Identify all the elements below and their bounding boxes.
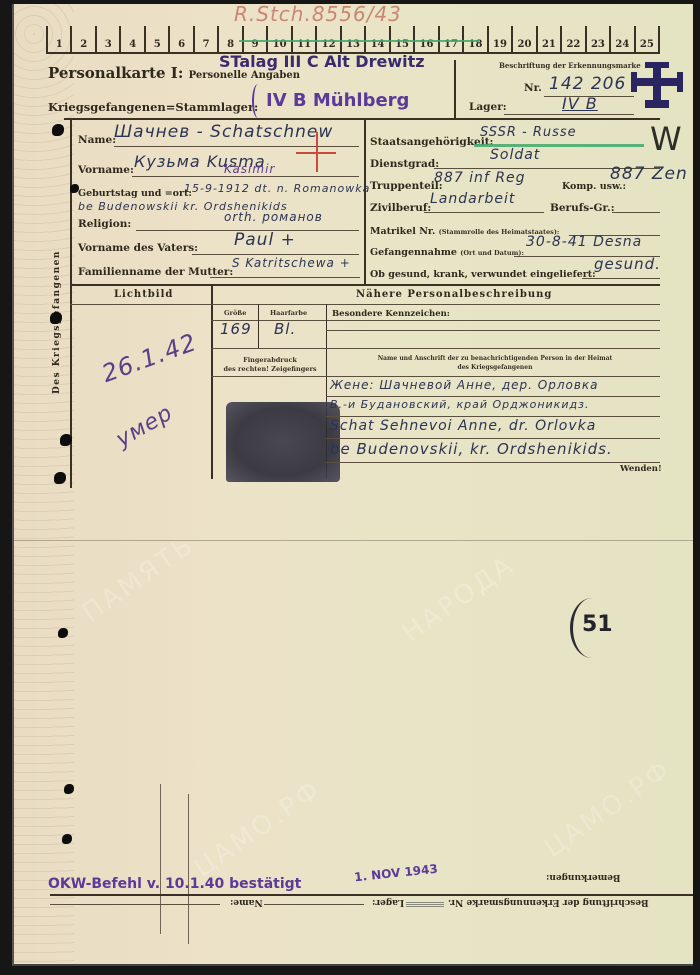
ruler-cell: 16 [413, 26, 437, 52]
geburt-value-1: 15-9-1912 dt. n. Romanowka [184, 182, 370, 195]
left-border [70, 118, 72, 488]
stamp-bracket [252, 84, 264, 118]
ruler-cell: 19 [487, 26, 511, 52]
ruler-cell: 18 [462, 26, 486, 52]
groesse-value: 169 [220, 320, 252, 338]
vorname-rule [132, 176, 359, 177]
ruler-cell: 5 [144, 26, 168, 52]
dienstgrad-label: Dienstgrad: [370, 158, 439, 170]
nr-label: Nr. [524, 82, 542, 94]
okw-stamp: OKW-Befehl v. 10.1.40 bestätigt [48, 876, 301, 892]
bottom-name-label: Name: [230, 897, 263, 907]
punch-hole [62, 834, 72, 844]
staatsangehoerigkeit-value: SSSR - Russe [480, 125, 577, 140]
fingerabdruck-line-2: des rechten! Zeigefingers [214, 365, 326, 374]
center-divider [364, 118, 366, 284]
matrikel-text: Matrikel Nr. [370, 226, 435, 237]
name-label: Name: [78, 134, 116, 146]
contact-rule [326, 438, 660, 439]
watermark: НАРОДА [397, 550, 520, 649]
pencil-stroke [188, 794, 189, 944]
bottom-name-text: Name: [230, 897, 263, 907]
naehere-label: Nähere Personalbeschreibung [356, 289, 552, 300]
ruler-cell: 7 [193, 26, 217, 52]
contact-rule [326, 396, 660, 397]
bottom-erkennung-label: Beschriftung der Erkennungsmarke Nr. [448, 897, 649, 907]
lichtbild-label: Lichtbild [114, 289, 173, 300]
date-stamp: 1. NOV 1943 [353, 862, 438, 885]
bottom-lager-label: Lager: [372, 897, 404, 907]
gesundheit-label: Ob gesund, krank, verwundet eingeliefert… [370, 269, 596, 280]
lager-rule [504, 114, 634, 115]
vorname-vaters-label: Vorname des Vaters: [78, 242, 198, 254]
stammlager-stamp: IV B Mühlberg [266, 90, 409, 111]
lager-value: IV B [562, 94, 598, 113]
page-number-stamp: 51 [582, 612, 613, 637]
ruler-cell: 9 [242, 26, 266, 52]
vorname-alt-value: Kasimir [224, 162, 275, 176]
besondere-rule [326, 330, 660, 331]
ruler-cell: 17 [438, 26, 462, 52]
ruler-cell: 23 [585, 26, 609, 52]
punch-hole [50, 312, 62, 324]
punch-hole [52, 124, 64, 136]
vaters-rule [192, 254, 359, 255]
haarfarbe-label: Haarfarbe [270, 309, 307, 317]
personal-card: ПАМЯТЬ НАРОДА ЦАМО.РФ ЦАМО.РФ R.Stch.855… [12, 4, 693, 966]
truppenteil-value: 887 inf Reg [434, 170, 526, 186]
attr-divider [258, 304, 259, 348]
gefangennahme-value: 30-8-41 Desna [526, 234, 642, 250]
ruler-cell: 20 [511, 26, 535, 52]
divider [454, 60, 456, 120]
contact-line-4: be Budenovskii, kr. Ordshenikids. [330, 440, 613, 458]
bottom-lager-text: Lager: [372, 897, 404, 907]
ruler-cell: 3 [95, 26, 119, 52]
ruler-cell: 15 [389, 26, 413, 52]
punch-hole [54, 472, 66, 484]
berufs-gr-label: Berufs-Gr.: [550, 202, 615, 214]
ruler-cell: 6 [168, 26, 192, 52]
fingerabdruck-label: Fingerabdruck des rechten! Zeigefingers [214, 356, 326, 374]
ruler-cell: 25 [634, 26, 660, 52]
fingerprint-image [226, 402, 340, 482]
punch-hole [64, 784, 74, 794]
bottom-erkennung-text: Beschriftung der Erkennungsmarke Nr. [448, 897, 649, 907]
benachrichtigen-line-2: des Kriegsgefangenen [330, 363, 660, 372]
ruler-cell: 10 [266, 26, 290, 52]
red-cross-mark [296, 152, 336, 154]
watermark: ПАМЯТЬ [77, 530, 200, 629]
ruler-cell: 2 [70, 26, 94, 52]
bemerkungen-label: Bemerkungen: [546, 872, 621, 882]
stammlager-label: Kriegsgefangenen=Stammlager: [48, 100, 258, 114]
watermark: ЦАМО.РФ [189, 774, 328, 884]
contact-line-1: Жене: Шачневой Анне, дер. Орловка [330, 378, 599, 392]
bottom-rule [264, 904, 364, 905]
ruler-cell: 24 [609, 26, 633, 52]
benachrichtigen-line-1: Name und Anschrift der zu benachrichtige… [330, 354, 660, 363]
contact-rule [326, 416, 660, 417]
title-sub: Personelle Angaben [189, 70, 300, 81]
contact-line-3: Schat Sehnevoi Anne, dr. Orlovka [330, 418, 596, 434]
section-rule [64, 118, 660, 120]
lichtbild-divider [211, 284, 213, 479]
cross-stamp-icon [631, 58, 683, 112]
ruler-cell: 22 [560, 26, 584, 52]
ruler-cell: 4 [119, 26, 143, 52]
ruler-cell: 12 [315, 26, 339, 52]
gesundheit-rule [582, 278, 660, 279]
religion-value: orth. романов [224, 210, 323, 224]
fingerabdruck-line-1: Fingerabdruck [214, 356, 326, 365]
haarfarbe-value: Bl. [274, 320, 296, 338]
title-main: Personalkarte I: [48, 64, 183, 82]
benachrichtigen-label: Name und Anschrift der zu benachrichtige… [330, 354, 660, 372]
side-vertical-label: Des Kriegsgefangenen [52, 224, 62, 394]
berufs-rule [612, 212, 660, 213]
vorname-vaters-value: Paul + [234, 230, 296, 250]
ruler-cell: 21 [536, 26, 560, 52]
nr-value: 142 206 [549, 74, 626, 94]
groesse-label: Größe [224, 309, 246, 317]
wenden-label: Wenden! [620, 464, 662, 474]
fingerprint-rule [211, 376, 660, 377]
reference-handwriting: R.Stch.8556/43 [234, 4, 402, 26]
gefangennahme-label: Gefangennahme (Ort und Datum): [370, 247, 524, 258]
religion-label: Religion: [78, 218, 131, 230]
punch-hole [60, 434, 72, 446]
redacted-field [406, 901, 444, 907]
green-marker-line [239, 40, 479, 42]
ruler-cell: 13 [340, 26, 364, 52]
dienstgrad-value: Soldat [490, 147, 540, 163]
zivilberuf-rule [424, 212, 544, 213]
gefangennahme-text: Gefangennahme [370, 247, 457, 258]
erkennungsmarke-label: Beschriftung der Erkennungsmarke [499, 61, 641, 70]
bottom-rule [50, 894, 693, 896]
vorname-label: Vorname: [78, 164, 134, 176]
besondere-label: Besondere Kennzeichen: [332, 309, 450, 319]
section-rule [70, 284, 660, 286]
lichtbild-note: умер [112, 400, 177, 452]
fold-line [14, 540, 693, 541]
lager-label: Lager: [469, 101, 507, 113]
lichtbild-date: 26.1.42 [98, 328, 200, 388]
attr-rule [211, 348, 660, 349]
ruler-cell: 8 [217, 26, 241, 52]
name-value: Шачнев - Schatschnew [114, 122, 333, 142]
gesundheit-value: gesund. [594, 255, 661, 273]
ruler-cell: 11 [291, 26, 315, 52]
name-rule [114, 146, 359, 147]
contact-rule [326, 462, 660, 463]
ruler-cell: 1 [46, 26, 70, 52]
mutter-value: S Katritschewa + [232, 256, 351, 270]
zivilberuf-value: Landarbeit [430, 191, 515, 207]
bemerkungen-text: Bemerkungen: [546, 872, 621, 882]
bottom-rule [50, 904, 220, 905]
geburtstag-label: Geburtstag und =ort: [78, 188, 192, 199]
contact-line-2: В.-и Будановский, край Орджоникидз. [330, 398, 589, 411]
mutter-rule [210, 277, 360, 278]
corner-mark: W [650, 120, 683, 158]
pencil-stroke [160, 784, 161, 934]
punch-hole [58, 628, 68, 638]
watermark: ЦАМО.РФ [539, 754, 678, 864]
zivilberuf-label: Zivilberuf: [370, 202, 431, 214]
stalag-stamp: STalag III C Alt Drewitz [219, 52, 425, 71]
header-rule [70, 304, 660, 305]
komp-value: 887 Zen [610, 164, 688, 184]
ruler-cell: 14 [364, 26, 388, 52]
